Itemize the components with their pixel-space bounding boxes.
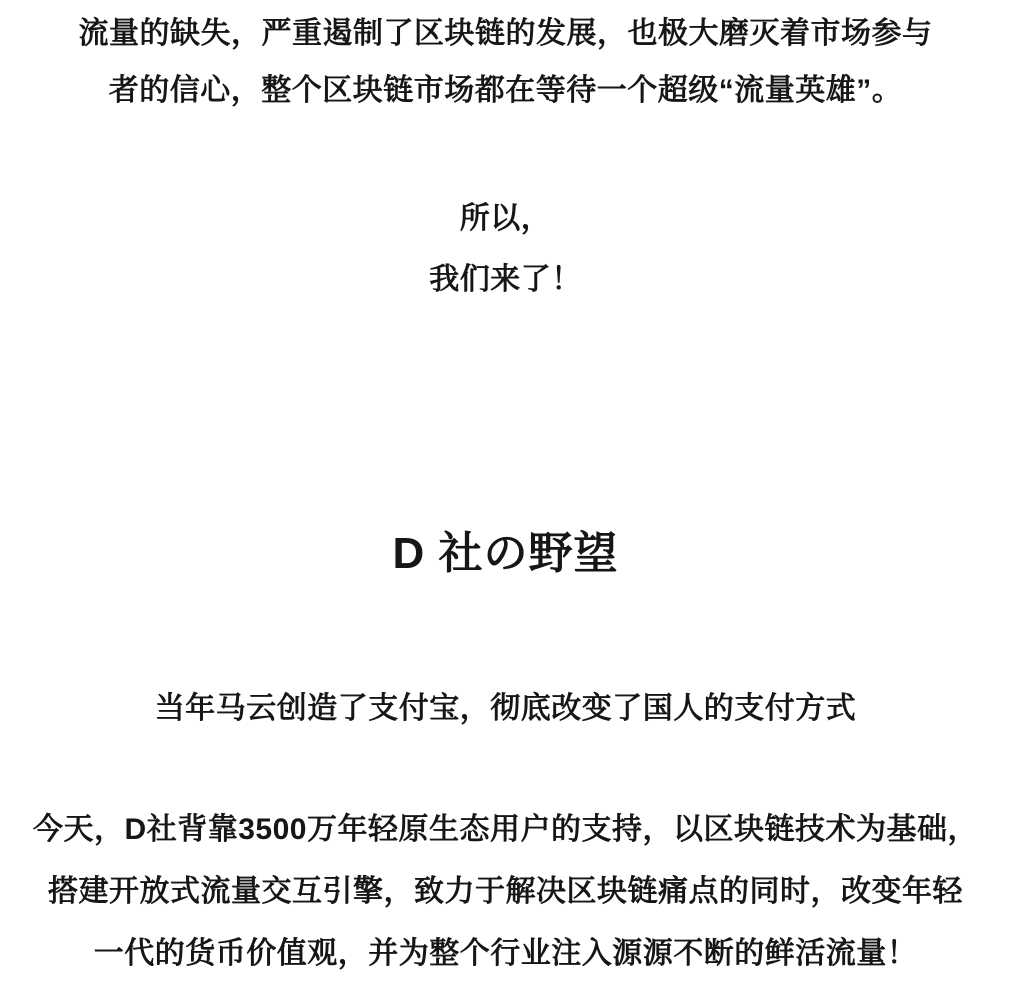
transition-line-2: 我们来了！ [0,249,1011,310]
article-page: 流量的缺失，严重遏制了区块链的发展，也极大磨灭着市场参与 者的信心，整个区块链市… [0,0,1011,985]
section-heading: D 社の野望 [0,524,1011,584]
closing-paragraph-line-3: 一代的货币价值观，并为整个行业注入源源不断的鲜活流量！ [0,923,1011,985]
transition-block: 所以， 我们来了！ [0,188,1011,310]
intro-paragraph-line-1: 流量的缺失，严重遏制了区块链的发展，也极大磨灭着市场参与 [0,5,1011,62]
closing-paragraph: 今天，D社背靠3500万年轻原生态用户的支持，以区块链技术为基础， 搭建开放式流… [0,799,1011,985]
transition-line-1: 所以， [0,188,1011,249]
intro-paragraph: 流量的缺失，严重遏制了区块链的发展，也极大磨灭着市场参与 者的信心，整个区块链市… [0,5,1011,119]
intro-paragraph-line-2: 者的信心，整个区块链市场都在等待一个超级“流量英雄”。 [0,62,1011,119]
closing-paragraph-line-2: 搭建开放式流量交互引擎，致力于解决区块链痛点的同时，改变年轻 [0,861,1011,923]
alipay-line: 当年马云创造了支付宝，彻底改变了国人的支付方式 [0,680,1011,737]
closing-paragraph-line-1: 今天，D社背靠3500万年轻原生态用户的支持，以区块链技术为基础， [0,799,1011,861]
